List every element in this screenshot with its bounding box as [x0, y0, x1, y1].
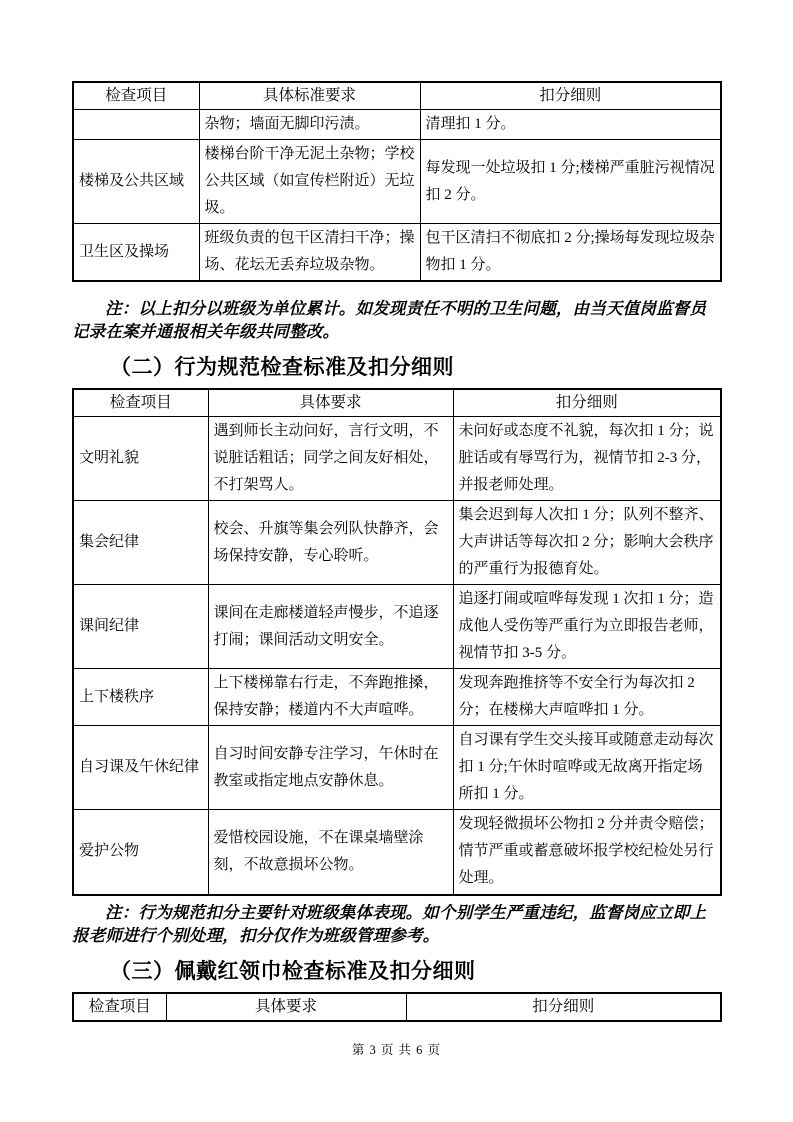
note-behavior: 注：行为规范扣分主要针对班级集体表现。如个别学生严重违纪，监督岗应立即上报老师进… — [72, 901, 720, 947]
cell-deduction: 包干区清扫不彻底扣 2 分;操场每发现垃圾杂物扣 1 分。 — [420, 224, 721, 282]
cell-standard: 杂物；墙面无脚印污渍。 — [199, 110, 420, 140]
cell-deduction: 发现轻微损坏公物扣 2 分并责令赔偿；情节严重或蓄意破坏报学校纪检处另行处理。 — [453, 810, 721, 895]
table-header-row: 检查项目 具体要求 扣分细则 — [73, 389, 721, 417]
table-row: 楼梯及公共区域 楼梯台阶干净无泥土杂物；学校公共区域（如宣传栏附近）无垃圾。 每… — [73, 140, 721, 224]
cell-item: 卫生区及操场 — [73, 224, 199, 282]
section-title-red-scarf: （三）佩戴红领巾检查标准及扣分细则 — [72, 957, 758, 987]
behavior-inspection-table: 检查项目 具体要求 扣分细则 文明礼貌 遇到师长主动问好，言行文明，不说脏话粗话… — [72, 388, 722, 896]
page-footer: 第 3 页 共 6 页 — [0, 1040, 793, 1058]
cell-standard: 上下楼梯靠右行走，不奔跑推搡，保持安静；楼道内不大声喧哗。 — [208, 669, 453, 726]
cell-item: 楼梯及公共区域 — [73, 140, 199, 224]
cell-standard: 校会、升旗等集会列队快静齐，会场保持安静，专心聆听。 — [208, 501, 453, 585]
cell-item: 课间纪律 — [73, 585, 208, 669]
cell-deduction: 发现奔跑推挤等不安全行为每次扣 2 分；在楼梯大声喧哗扣 1 分。 — [453, 669, 721, 726]
cell-deduction: 未问好或态度不礼貌，每次扣 1 分；说脏话或有辱骂行为，视情节扣 2-3 分，并… — [453, 417, 721, 501]
column-header-item: 检查项目 — [73, 389, 208, 417]
document-page: 检查项目 具体标准要求 扣分细则 杂物；墙面无脚印污渍。 清理扣 1 分。 楼梯… — [0, 0, 793, 1122]
red-scarf-table-container: 检查项目 具体要求 扣分细则 — [72, 992, 720, 1022]
section-title-behavior: （二）行为规范检查标准及扣分细则 — [72, 353, 758, 383]
table-row: 卫生区及操场 班级负责的包干区清扫干净；操场、花坛无丢弃垃圾杂物。 包干区清扫不… — [73, 224, 721, 282]
hygiene-inspection-table: 检查项目 具体标准要求 扣分细则 杂物；墙面无脚印污渍。 清理扣 1 分。 楼梯… — [72, 81, 722, 282]
cell-item: 文明礼貌 — [73, 417, 208, 501]
hygiene-table-container: 检查项目 具体标准要求 扣分细则 杂物；墙面无脚印污渍。 清理扣 1 分。 楼梯… — [72, 81, 720, 282]
cell-standard: 爱惜校园设施，不在课桌墙壁涂刻，不故意损坏公物。 — [208, 810, 453, 895]
red-scarf-inspection-table: 检查项目 具体要求 扣分细则 — [72, 992, 722, 1022]
column-header-deduction: 扣分细则 — [453, 389, 721, 417]
table-row: 杂物；墙面无脚印污渍。 清理扣 1 分。 — [73, 110, 721, 140]
cell-deduction: 追逐打闹或喧哗每发现 1 次扣 1 分；造成他人受伤等严重行为立即报告老师，视情… — [453, 585, 721, 669]
behavior-table-container: 检查项目 具体要求 扣分细则 文明礼貌 遇到师长主动问好，言行文明，不说脏话粗话… — [72, 388, 720, 896]
table-row: 自习课及午休纪律 自习时间安静专注学习，午休时在教室或指定地点安静休息。 自习课… — [73, 726, 721, 810]
column-header-deduction: 扣分细则 — [406, 993, 721, 1021]
table-row: 集会纪律 校会、升旗等集会列队快静齐，会场保持安静，专心聆听。 集会迟到每人次扣… — [73, 501, 721, 585]
cell-item: 上下楼秩序 — [73, 669, 208, 726]
cell-deduction: 集会迟到每人次扣 1 分；队列不整齐、大声讲话等每次扣 2 分；影响大会秩序的严… — [453, 501, 721, 585]
cell-standard: 班级负责的包干区清扫干净；操场、花坛无丢弃垃圾杂物。 — [199, 224, 420, 282]
cell-item: 集会纪律 — [73, 501, 208, 585]
column-header-item: 检查项目 — [73, 993, 166, 1021]
cell-deduction: 自习课有学生交头接耳或随意走动每次扣 1 分;午休时喧哗或无故离开指定场所扣 1… — [453, 726, 721, 810]
cell-standard: 自习时间安静专注学习，午休时在教室或指定地点安静休息。 — [208, 726, 453, 810]
cell-item: 自习课及午休纪律 — [73, 726, 208, 810]
cell-item — [73, 110, 199, 140]
cell-item: 爱护公物 — [73, 810, 208, 895]
table-row: 文明礼貌 遇到师长主动问好，言行文明，不说脏话粗话；同学之间友好相处，不打架骂人… — [73, 417, 721, 501]
cell-deduction: 每发现一处垃圾扣 1 分;楼梯严重脏污视情况扣 2 分。 — [420, 140, 721, 224]
table-row: 爱护公物 爱惜校园设施，不在课桌墙壁涂刻，不故意损坏公物。 发现轻微损坏公物扣 … — [73, 810, 721, 895]
table-header-row: 检查项目 具体要求 扣分细则 — [73, 993, 721, 1021]
note-hygiene: 注：以上扣分以班级为单位累计。如发现责任不明的卫生问题，由当天值岗监督员记录在案… — [72, 297, 720, 343]
cell-standard: 课间在走廊楼道轻声慢步，不追逐打闹；课间活动文明安全。 — [208, 585, 453, 669]
column-header-item: 检查项目 — [73, 82, 199, 110]
column-header-standard: 具体要求 — [208, 389, 453, 417]
cell-standard: 楼梯台阶干净无泥土杂物；学校公共区域（如宣传栏附近）无垃圾。 — [199, 140, 420, 224]
cell-deduction: 清理扣 1 分。 — [420, 110, 721, 140]
column-header-standard: 具体标准要求 — [199, 82, 420, 110]
cell-standard: 遇到师长主动问好，言行文明，不说脏话粗话；同学之间友好相处，不打架骂人。 — [208, 417, 453, 501]
column-header-standard: 具体要求 — [166, 993, 406, 1021]
table-header-row: 检查项目 具体标准要求 扣分细则 — [73, 82, 721, 110]
column-header-deduction: 扣分细则 — [420, 82, 721, 110]
table-row: 上下楼秩序 上下楼梯靠右行走，不奔跑推搡，保持安静；楼道内不大声喧哗。 发现奔跑… — [73, 669, 721, 726]
table-row: 课间纪律 课间在走廊楼道轻声慢步，不追逐打闹；课间活动文明安全。 追逐打闹或喧哗… — [73, 585, 721, 669]
